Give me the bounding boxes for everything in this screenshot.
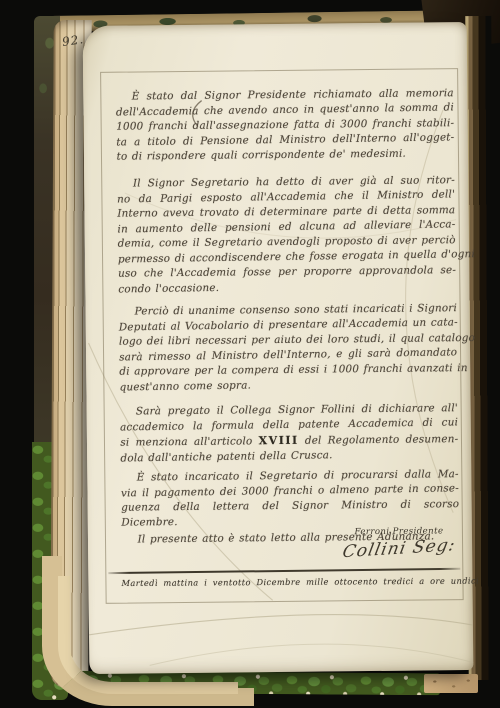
manuscript-line: to di rispondere quali corrispondente de…: [116, 146, 454, 165]
paragraph: Sarà pregato il Collega Signor Follini d…: [120, 401, 459, 466]
paragraph: È stato incaricato il Segretario di proc…: [121, 467, 460, 531]
manuscript-page: È stato dal Signor Presidente richiamato…: [83, 22, 474, 674]
manuscript-line: guenza della lettera del Signor Ministro…: [121, 497, 459, 531]
article-number: XVIII: [259, 434, 299, 447]
article-line-pre: si menziona all'articolo: [120, 435, 258, 448]
paragraph: Perciò di unanime consenso sono stati in…: [119, 301, 458, 395]
book-corner-bottom-right: [424, 674, 478, 693]
signature-block: Ferroni Presidente Collini Seg:: [340, 526, 458, 559]
manuscript-text: È stato dal Signor Presidente richiamato…: [116, 86, 460, 548]
paragraph: Il Signor Segretario ha detto di aver gi…: [117, 173, 457, 297]
paragraph: È stato dal Signor Presidente richiamato…: [116, 86, 455, 165]
book-photo: È stato dal Signor Presidente richiamato…: [0, 0, 500, 708]
article-line-post: del Regolamento desumen-: [299, 433, 459, 447]
